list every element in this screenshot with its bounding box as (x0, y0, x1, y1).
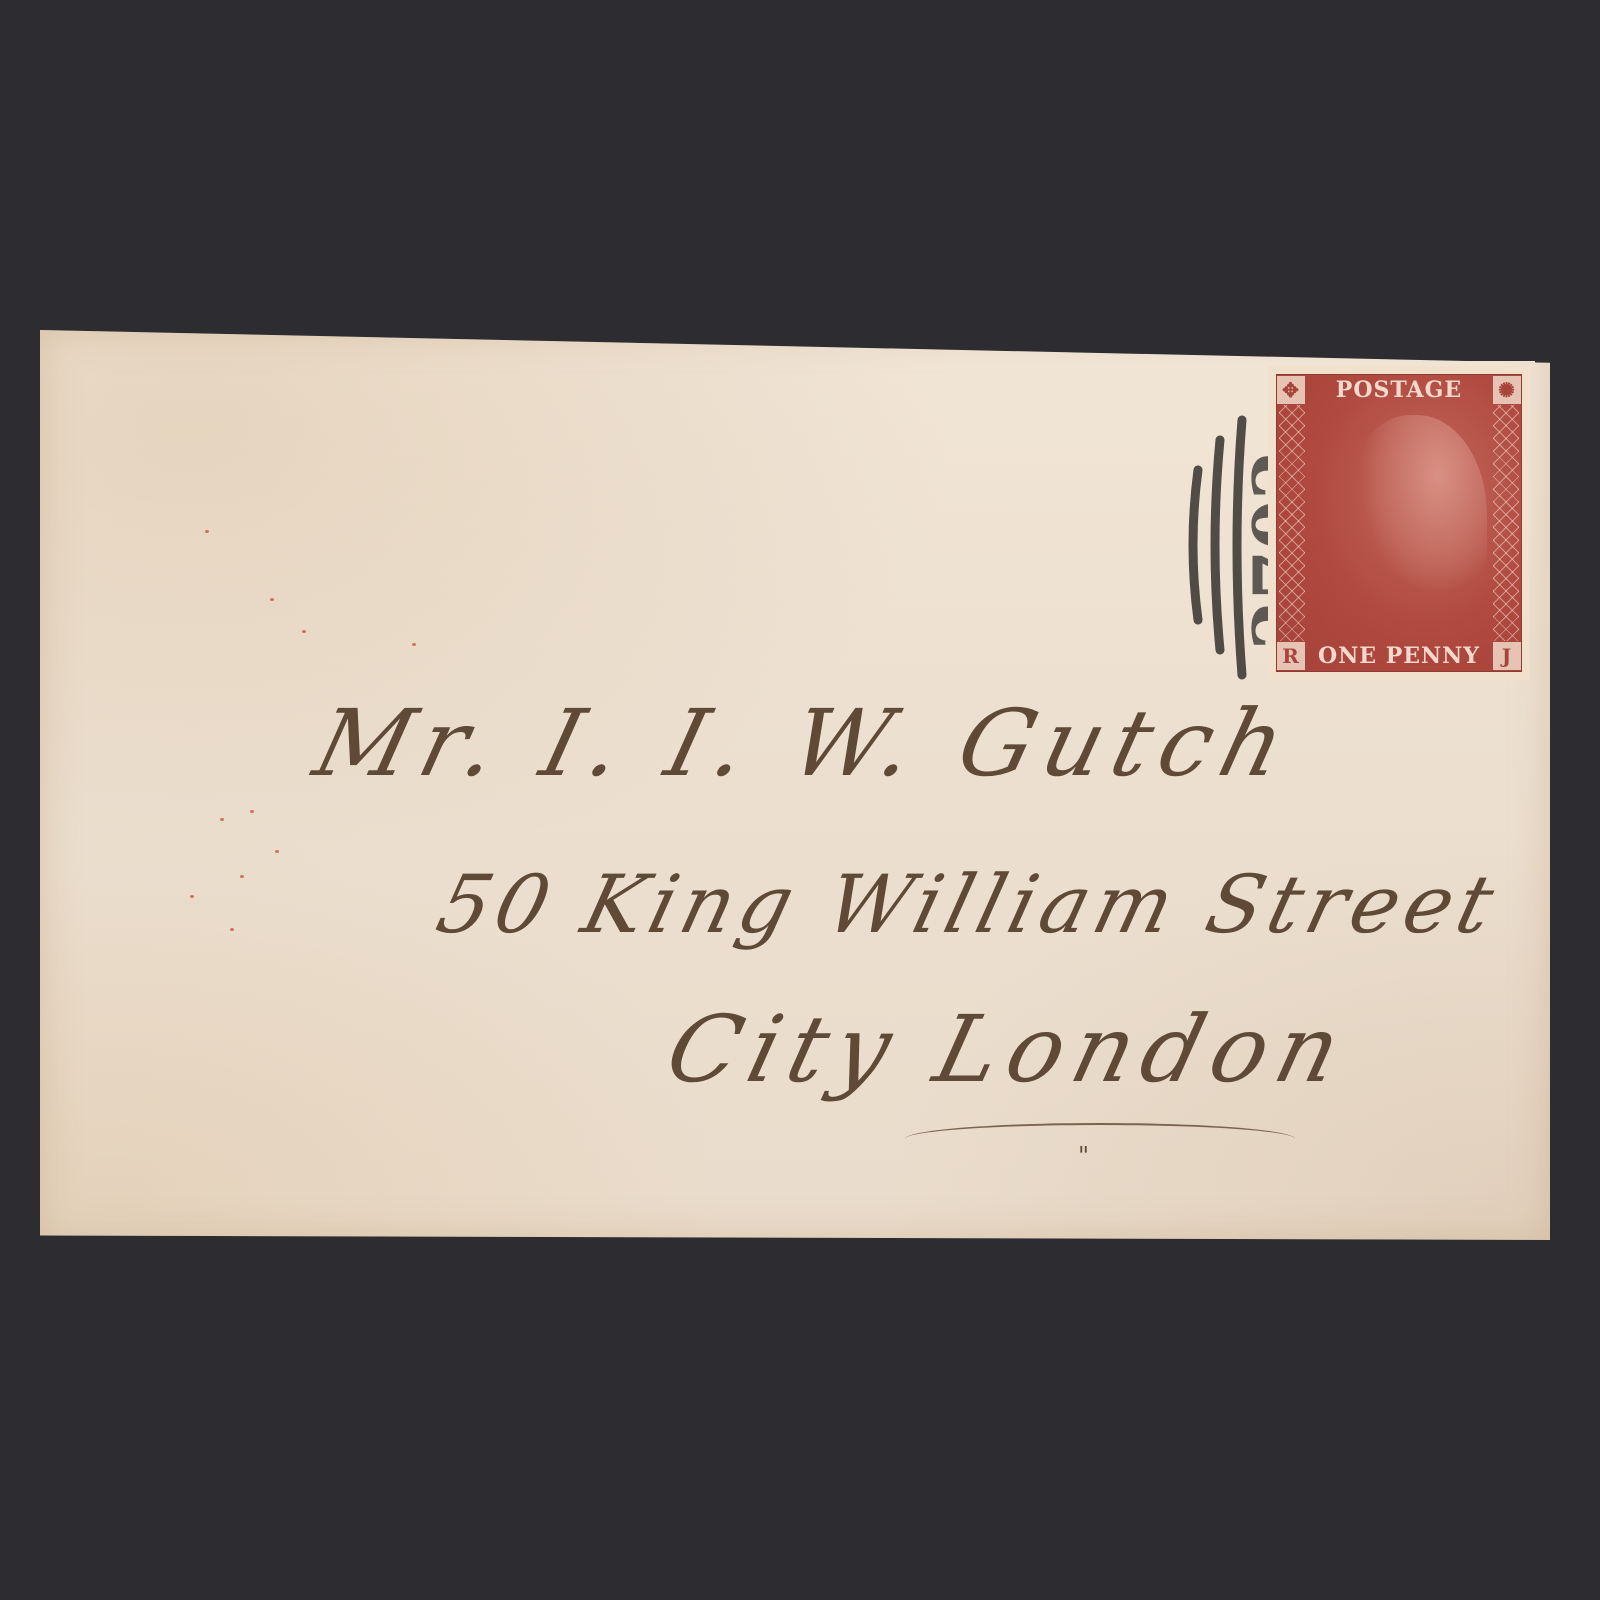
red-speck (205, 530, 209, 533)
red-speck (190, 895, 194, 898)
stamp-corner-letter: R (1277, 642, 1305, 670)
red-speck (275, 850, 279, 853)
red-speck (412, 643, 416, 646)
ditto-mark: " (1078, 1142, 1089, 1170)
address-city: City London (657, 996, 1361, 1103)
stamp-border-pattern (1493, 405, 1519, 641)
red-speck (250, 810, 254, 813)
address-recipient: Mr. I. I. W. Gutch (305, 690, 1305, 797)
stamp-value-label: ONE PENNY (1318, 643, 1480, 669)
queen-portrait (1347, 415, 1487, 615)
stamp-postage-label: POSTAGE (1336, 377, 1462, 403)
stamp-corner-star-icon: ✥ (1277, 376, 1305, 404)
address-street: 50 King William Street (428, 858, 1508, 951)
red-speck (230, 928, 234, 931)
red-speck (220, 818, 224, 821)
red-speck (240, 875, 244, 878)
stamp-corner-letter: J (1493, 642, 1521, 670)
red-speck (270, 598, 274, 601)
red-speck (302, 630, 306, 633)
stamp-border-pattern (1279, 405, 1305, 641)
stamp-corner-star-icon: ✺ (1493, 376, 1521, 404)
postage-stamp: ✥ POSTAGE ✺ R ONE PENNY J (1268, 366, 1530, 680)
